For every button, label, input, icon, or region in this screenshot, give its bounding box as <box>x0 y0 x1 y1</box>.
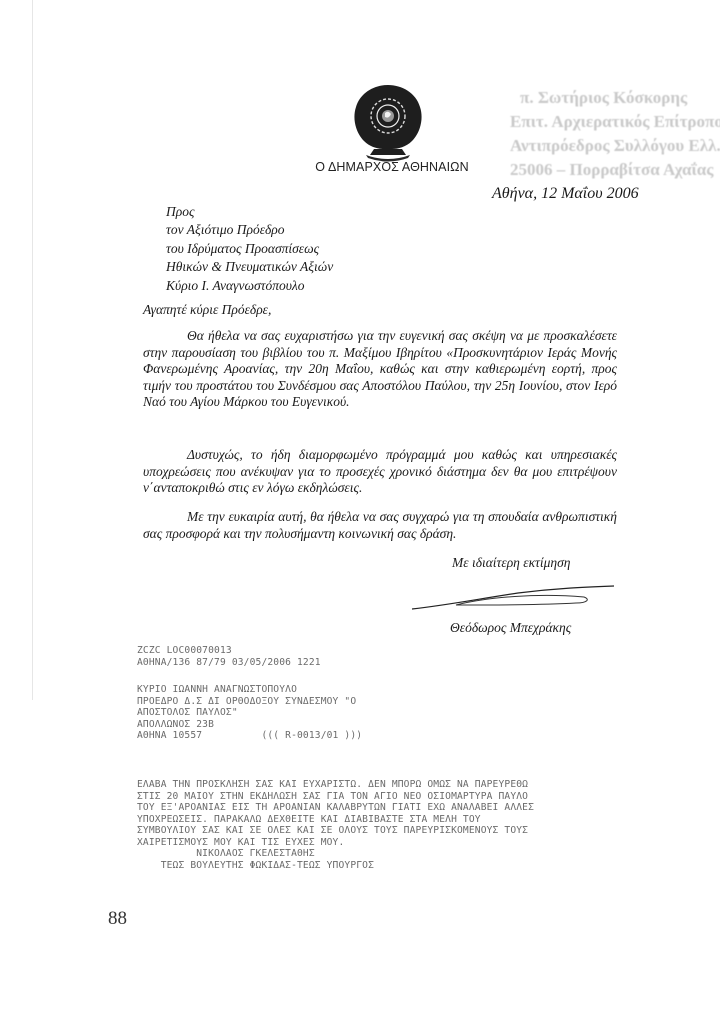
telegram-line: ΑΠΟΣΤΟΛΟΣ ΠΑΥΛΟΣ" <box>137 707 362 719</box>
bleed-line: Επιτ. Αρχιερατικός Επίτροπος <box>510 110 720 134</box>
bleed-line: 25006 – Πορραβίτσα Αχαΐας <box>510 158 720 182</box>
body-paragraph: Με την ευκαιρία αυτή, θα ήθελα να σας συ… <box>143 509 617 542</box>
handwritten-signature <box>408 583 618 613</box>
wreath-emblem-icon <box>352 83 424 163</box>
addressee-line: τον Αξιότιμο Πρόεδρο <box>166 221 333 239</box>
telegram-line: ΣΤΙΣ 20 ΜΑΙΟΥ ΣΤΗΝ ΕΚΔΗΛΩΣΗ ΣΑΣ ΓΙΑ ΤΟΝ … <box>137 791 534 803</box>
bleed-line: Αντιπρόεδρος Συλλόγου Ελλ. Φιλ. <box>510 134 720 158</box>
body-paragraph: Θα ήθελα να σας ευχαριστήσω για την ευγε… <box>143 328 617 411</box>
telegram-message: ΕΛΑΒΑ ΤΗΝ ΠΡΟΣΚΛΗΣΗ ΣΑΣ ΚΑΙ ΕΥΧΑΡΙΣΤΩ. Δ… <box>137 779 534 849</box>
salutation: Αγαπητέ κύριε Πρόεδρε, <box>143 302 271 318</box>
telegram-line: ZCZC LOC00070013 <box>137 645 321 657</box>
telegram-line: ΤΕΩΣ ΒΟΥΛΕΥΤΗΣ ΦΩΚΙΔΑΣ-ΤΕΩΣ ΥΠΟΥΡΓΟΣ <box>137 860 374 872</box>
scan-page-edge <box>32 0 33 700</box>
paragraph-text: Θα ήθελα να σας ευχαριστήσω για την ευγε… <box>143 328 617 409</box>
paragraph-text: Δυστυχώς, το ήδη διαμορφωμένο πρόγραμμά … <box>143 447 617 495</box>
telegram-line: ΣΥΜΒΟΥΛΙΟΥ ΣΑΣ ΚΑΙ ΣΕ ΟΛΕΣ ΚΑΙ ΣΕ ΟΛΟΥΣ … <box>137 825 534 837</box>
signer-name: Θεόδωρος Μπεχράκης <box>450 620 571 636</box>
addressee-line: Ηθικών & Πνευματικών Αξιών <box>166 258 333 276</box>
telegram-line: ΑΘΗΝΑ 10557 ((( R-0013/01 ))) <box>137 730 362 742</box>
telegram-line: ΠΡΟΕΔΡΟ Δ.Σ ΔΙ ΟΡΘΟΔΟΞΟΥ ΣΥΝΔΕΣΜΟΥ "Ο <box>137 696 362 708</box>
telegram-line: ΧΑΙΡΕΤΙΣΜΟΥΣ ΜΟΥ ΚΑΙ ΤΙΣ ΕΥΧΕΣ ΜΟΥ. <box>137 837 534 849</box>
letter-date: Αθήνα, 12 Μαΐου 2006 <box>492 185 639 203</box>
letterhead-title: Ο ΔΗΜΑΡΧΟΣ ΑΘΗΝΑΙΩΝ <box>302 160 482 174</box>
body-paragraph: Δυστυχώς, το ήδη διαμορφωμένο πρόγραμμά … <box>143 447 617 497</box>
telegram-line: ΚΥΡΙΟ ΙΩΑΝΝΗ ΑΝΑΓΝΩΣΤΟΠΟΥΛΟ <box>137 684 362 696</box>
telegram-line: ΤΟΥ ΕΞ'ΑΡΟΑΝΙΑΣ ΕΙΣ ΤΗ ΑΡΟΑΝΙΑΝ ΚΑΛΑΒΡΥΤ… <box>137 802 534 814</box>
closing-phrase: Με ιδιαίτερη εκτίμηση <box>452 555 570 571</box>
telegram-line: ΑΠΟΛΛΩΝΟΣ 23Β <box>137 719 362 731</box>
telegram-line: ΕΛΑΒΑ ΤΗΝ ΠΡΟΣΚΛΗΣΗ ΣΑΣ ΚΑΙ ΕΥΧΑΡΙΣΤΩ. Δ… <box>137 779 534 791</box>
addressee-block: Προς τον Αξιότιμο Πρόεδρο του Ιδρύματος … <box>166 203 333 295</box>
telegram-line: ΑΘΗΝΑ/136 87/79 03/05/2006 1221 <box>137 657 321 669</box>
telegram-line: ΝΙΚΟΛΑΟΣ ΓΚΕΛΕΣΤΑΘΗΣ <box>137 848 374 860</box>
addressee-line: του Ιδρύματος Προασπίσεως <box>166 240 333 258</box>
addressee-line: Κύριο Ι. Αναγνωστόπουλο <box>166 277 333 295</box>
bleed-through-text: π. Σωτήριος Κόσκορης Επιτ. Αρχιερατικός … <box>510 86 720 182</box>
paragraph-text: Με την ευκαιρία αυτή, θα ήθελα να σας συ… <box>143 509 617 541</box>
page-number: 88 <box>108 908 127 930</box>
telegram-signature: ΝΙΚΟΛΑΟΣ ΓΚΕΛΕΣΤΑΘΗΣ ΤΕΩΣ ΒΟΥΛΕΥΤΗΣ ΦΩΚΙ… <box>137 848 374 871</box>
telegram-address: ΚΥΡΙΟ ΙΩΑΝΝΗ ΑΝΑΓΝΩΣΤΟΠΟΥΛΟΠΡΟΕΔΡΟ Δ.Σ Δ… <box>137 684 362 742</box>
telegram-header: ZCZC LOC00070013ΑΘΗΝΑ/136 87/79 03/05/20… <box>137 645 321 668</box>
telegram-line: ΥΠΟΧΡΕΩΣΕΙΣ. ΠΑΡΑΚΑΛΩ ΔΕΧΘΕΙΤΕ ΚΑΙ ΔΙΑΒΙ… <box>137 814 534 826</box>
addressee-line: Προς <box>166 203 333 221</box>
bleed-line: π. Σωτήριος Κόσκορης <box>510 86 720 110</box>
